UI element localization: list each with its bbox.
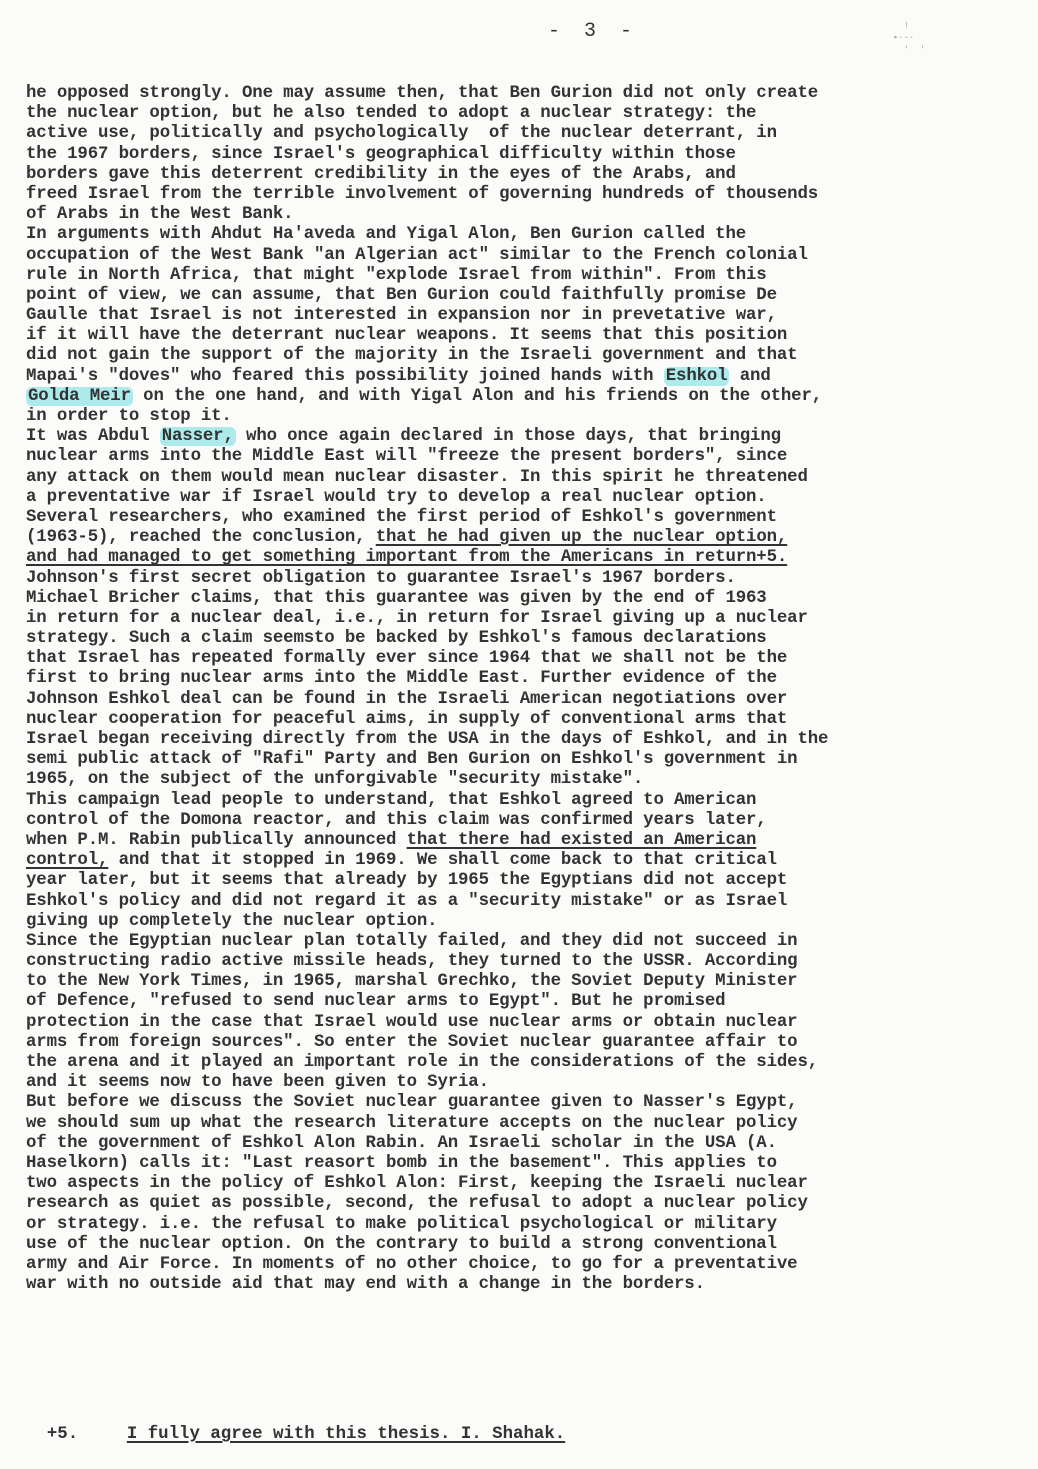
footnote-marker: +5. — [47, 1425, 127, 1444]
text-line: we should sum up what the research liter… — [26, 1114, 1036, 1134]
text-segment: of Defence, "refused to send nuclear arm… — [26, 992, 725, 1011]
text-segment: and that it stopped in 1969. We shall co… — [108, 851, 777, 870]
text-segment: nuclear arms into the Middle East will "… — [26, 447, 787, 466]
text-line: and had managed to get something importa… — [26, 548, 1036, 568]
text-line: of Arabs in the West Bank. — [26, 205, 1036, 225]
highlighted-text: Eshkol — [664, 367, 730, 386]
page-number: - 3 - — [548, 20, 638, 43]
text-line: first to bring nuclear arms into the Mid… — [26, 669, 1036, 689]
text-line: nuclear cooperation for peaceful aims, i… — [26, 710, 1036, 730]
text-line: of Defence, "refused to send nuclear arm… — [26, 992, 1036, 1012]
text-line: Mapai's "doves" who feared this possibil… — [26, 367, 1036, 387]
text-segment: Johnson's first secret obligation to gua… — [26, 569, 736, 588]
text-segment: a preventative war if Israel would try t… — [26, 488, 767, 507]
text-segment: point of view, we can assume, that Ben G… — [26, 286, 777, 305]
underlined-text: that he had given up the nuclear option, — [376, 528, 787, 547]
text-line: point of view, we can assume, that Ben G… — [26, 286, 1036, 306]
text-segment: any attack on them would mean nuclear di… — [26, 468, 808, 487]
text-line: in return for a nuclear deal, i.e., in r… — [26, 609, 1036, 629]
text-segment: in return for a nuclear deal, i.e., in r… — [26, 609, 808, 628]
text-line: constructing radio active missile heads,… — [26, 952, 1036, 972]
text-line: semi public attack of "Rafi" Party and B… — [26, 750, 1036, 770]
text-segment: and it seems now to have been given to S… — [26, 1073, 489, 1092]
text-line: the nuclear option, but he also tended t… — [26, 104, 1036, 124]
text-line: active use, politically and psychologica… — [26, 124, 1036, 144]
text-segment: the arena and it played an important rol… — [26, 1053, 818, 1072]
text-line: giving up completely the nuclear option. — [26, 912, 1036, 932]
text-line: strategy. Such a claim seemsto be backed… — [26, 629, 1036, 649]
text-segment: first to bring nuclear arms into the Mid… — [26, 669, 777, 688]
text-segment: strategy. Such a claim seemsto be backed… — [26, 629, 767, 648]
footnote: +5.I fully agree with this thesis. I. Sh… — [26, 1406, 565, 1444]
text-line: or strategy. i.e. the refusal to make po… — [26, 1215, 1036, 1235]
text-segment: giving up completely the nuclear option. — [26, 912, 437, 931]
text-segment: 1965, on the subject of the unforgivable… — [26, 770, 643, 789]
text-segment: constructing radio active missile heads,… — [26, 952, 797, 971]
text-line: control of the Domona reactor, and this … — [26, 811, 1036, 831]
text-segment: It was Abdul — [26, 427, 160, 446]
text-segment: Israel began receiving directly from the… — [26, 730, 828, 749]
text-segment: In arguments with Ahdut Ha'aveda and Yig… — [26, 225, 746, 244]
text-segment: two aspects in the policy of Eshkol Alon… — [26, 1174, 808, 1193]
text-segment: to the New York Times, in 1965, marshal … — [26, 972, 797, 991]
text-segment: active use, politically and psychologica… — [26, 124, 777, 143]
text-segment: war with no outside aid that may end wit… — [26, 1275, 705, 1294]
text-line: war with no outside aid that may end wit… — [26, 1275, 1036, 1295]
text-segment: that Israel has repeated formally ever s… — [26, 649, 787, 668]
text-line: freed Israel from the terrible involveme… — [26, 185, 1036, 205]
text-segment: freed Israel from the terrible involveme… — [26, 185, 818, 204]
text-segment: on the one hand, and with Yigal Alon and… — [133, 387, 822, 406]
text-segment: Mapai's "doves" who feared this possibil… — [26, 367, 664, 386]
text-line: a preventative war if Israel would try t… — [26, 488, 1036, 508]
text-segment: and — [729, 367, 770, 386]
text-line: In arguments with Ahdut Ha'aveda and Yig… — [26, 225, 1036, 245]
text-line: two aspects in the policy of Eshkol Alon… — [26, 1174, 1036, 1194]
text-line: did not gain the support of the majority… — [26, 346, 1036, 366]
text-line: of the government of Eshkol Alon Rabin. … — [26, 1134, 1036, 1154]
text-segment: who once again declared in those days, t… — [236, 427, 781, 446]
text-line: This campaign lead people to understand,… — [26, 791, 1036, 811]
text-line: protection in the case that Israel would… — [26, 1013, 1036, 1033]
text-line: use of the nuclear option. On the contra… — [26, 1235, 1036, 1255]
text-line: the 1967 borders, since Israel's geograp… — [26, 145, 1036, 165]
footnote-text: I fully agree with this thesis. I. Shaha… — [127, 1425, 565, 1444]
text-line: Michael Bricher claims, that this guaran… — [26, 589, 1036, 609]
text-line: any attack on them would mean nuclear di… — [26, 468, 1036, 488]
scan-artifact-marks: ! ▪·-· ' ' — [882, 8, 925, 56]
text-segment: he opposed strongly. One may assume then… — [26, 84, 818, 103]
text-line: the arena and it played an important rol… — [26, 1053, 1036, 1073]
text-segment: nuclear cooperation for peaceful aims, i… — [26, 710, 787, 729]
text-line: that Israel has repeated formally ever s… — [26, 649, 1036, 669]
text-segment: protection in the case that Israel would… — [26, 1013, 797, 1032]
text-segment: army and Air Force. In moments of no oth… — [26, 1255, 797, 1274]
text-line: and it seems now to have been given to S… — [26, 1073, 1036, 1093]
text-segment: Eshkol's policy and did not regard it as… — [26, 892, 787, 911]
text-line: nuclear arms into the Middle East will "… — [26, 447, 1036, 467]
text-segment: year later, but it seems that already by… — [26, 871, 787, 890]
text-line: Johnson Eshkol deal can be found in the … — [26, 690, 1036, 710]
text-segment: occupation of the West Bank "an Algerian… — [26, 246, 808, 265]
text-line: It was Abdul Nasser, who once again decl… — [26, 427, 1036, 447]
body-text: he opposed strongly. One may assume then… — [26, 84, 1036, 1295]
underlined-text: that there had existed an American — [407, 831, 757, 850]
text-line: occupation of the West Bank "an Algerian… — [26, 246, 1036, 266]
text-segment: Michael Bricher claims, that this guaran… — [26, 589, 767, 608]
text-line: (1963-5), reached the conclusion, that h… — [26, 528, 1036, 548]
text-line: Haselkorn) calls it: "Last reasort bomb … — [26, 1154, 1036, 1174]
text-segment: Gaulle that Israel is not interested in … — [26, 306, 777, 325]
text-segment: (1963-5), reached the conclusion, — [26, 528, 376, 547]
text-segment: use of the nuclear option. On the contra… — [26, 1235, 777, 1254]
text-line: army and Air Force. In moments of no oth… — [26, 1255, 1036, 1275]
highlighted-text: Nasser, — [160, 427, 236, 446]
text-segment: of Arabs in the West Bank. — [26, 205, 293, 224]
highlighted-text: Golda Meir — [26, 387, 133, 406]
text-segment: Haselkorn) calls it: "Last reasort bomb … — [26, 1154, 777, 1173]
underlined-text: control, — [26, 851, 108, 870]
text-segment: rule in North Africa, that might "explod… — [26, 266, 767, 285]
text-line: But before we discuss the Soviet nuclear… — [26, 1093, 1036, 1113]
text-segment: control of the Domona reactor, and this … — [26, 811, 767, 830]
text-segment: research as quiet as possible, second, t… — [26, 1194, 808, 1213]
text-segment: Since the Egyptian nuclear plan totally … — [26, 932, 797, 951]
text-line: Eshkol's policy and did not regard it as… — [26, 892, 1036, 912]
text-segment: if it will have the deterrant nuclear we… — [26, 326, 787, 345]
text-segment: This campaign lead people to understand,… — [26, 791, 756, 810]
text-line: in order to stop it. — [26, 407, 1036, 427]
underlined-text: and had managed to get something importa… — [26, 548, 787, 567]
text-line: Golda Meir on the one hand, and with Yig… — [26, 387, 1036, 407]
text-segment: arms from foreign sources". So enter the… — [26, 1033, 797, 1052]
text-line: year later, but it seems that already by… — [26, 871, 1036, 891]
text-segment: the nuclear option, but he also tended t… — [26, 104, 756, 123]
text-line: rule in North Africa, that might "explod… — [26, 266, 1036, 286]
text-segment: of the government of Eshkol Alon Rabin. … — [26, 1134, 777, 1153]
text-segment: in order to stop it. — [26, 407, 232, 426]
text-line: arms from foreign sources". So enter the… — [26, 1033, 1036, 1053]
text-line: Gaulle that Israel is not interested in … — [26, 306, 1036, 326]
text-segment: But before we discuss the Soviet nuclear… — [26, 1093, 797, 1112]
text-segment: borders gave this deterrent credibility … — [26, 165, 736, 184]
text-line: Since the Egyptian nuclear plan totally … — [26, 932, 1036, 952]
text-line: Israel began receiving directly from the… — [26, 730, 1036, 750]
text-segment: we should sum up what the research liter… — [26, 1114, 797, 1133]
text-segment: did not gain the support of the majority… — [26, 346, 797, 365]
text-line: if it will have the deterrant nuclear we… — [26, 326, 1036, 346]
text-line: Several researchers, who examined the fi… — [26, 508, 1036, 528]
text-segment: Johnson Eshkol deal can be found in the … — [26, 690, 787, 709]
text-segment: or strategy. i.e. the refusal to make po… — [26, 1215, 777, 1234]
text-line: Johnson's first secret obligation to gua… — [26, 569, 1036, 589]
text-line: control, and that it stopped in 1969. We… — [26, 851, 1036, 871]
text-segment: Several researchers, who examined the fi… — [26, 508, 777, 527]
text-segment: when P.M. Rabin publically announced — [26, 831, 407, 850]
text-line: borders gave this deterrent credibility … — [26, 165, 1036, 185]
text-line: he opposed strongly. One may assume then… — [26, 84, 1036, 104]
text-line: research as quiet as possible, second, t… — [26, 1194, 1036, 1214]
text-line: to the New York Times, in 1965, marshal … — [26, 972, 1036, 992]
text-line: 1965, on the subject of the unforgivable… — [26, 770, 1036, 790]
text-segment: the 1967 borders, since Israel's geograp… — [26, 145, 736, 164]
text-segment: semi public attack of "Rafi" Party and B… — [26, 750, 797, 769]
text-line: when P.M. Rabin publically announced tha… — [26, 831, 1036, 851]
